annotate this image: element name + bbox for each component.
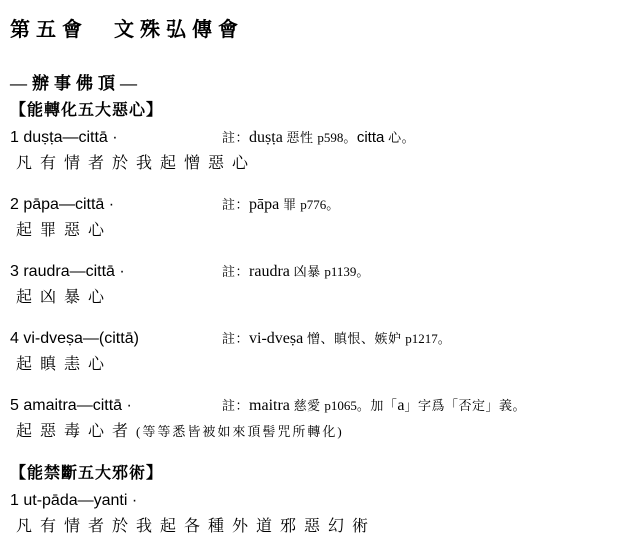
note-letter-a: a [397,397,404,414]
entry-amaitra-citta: 5 amaitra—cittā · 註：maitra 慈愛 p1065。加「a」… [10,394,611,443]
entry-ut-pada-yanti: 1 ut-pāda—yanti · 凡有情者於我起各種外道邪惡幻術 [10,489,611,538]
note-label: 註： [222,331,249,346]
entry-note: 註：pāpa 罪 p776。 [222,193,611,216]
entry-list-section-1: 1 duṣṭa—cittā · 註：duṣṭa 惡性 p598。citta 心。… [10,126,611,443]
note-term: duṣṭa [249,129,283,146]
entry-term-line: 2 pāpa—cittā · 註：pāpa 罪 p776。 [10,193,611,216]
note-separator: 。 [343,130,357,145]
entry-note: 註：maitra 慈愛 p1065。加「a」字爲「否定」義。 [222,394,611,417]
note-term: raudra [249,263,290,280]
note-term: vi-dveṣa [249,330,303,347]
entry-subline: 起惡毒心者(等等悉皆被如來頂髻咒所轉化) [16,420,611,443]
entry-subline-paren: (等等悉皆被如來頂髻咒所轉化) [136,424,344,439]
entry-term: 5 amaitra—cittā · [10,394,222,417]
entry-note: 註：vi-dveṣa 憎、瞋恨、嫉妒 p1217。 [222,327,611,350]
entry-term-line: 4 vi-dveṣa—(cittā) 註：vi-dveṣa 憎、瞋恨、嫉妒 p1… [10,327,611,350]
entry-subline: 凡有情者於我起憎惡心 [16,152,611,175]
entry-papa-citta: 2 pāpa—cittā · 註：pāpa 罪 p776。 起罪惡心 [10,193,611,242]
entry-term: 1 ut-pāda—yanti · [10,489,222,512]
entry-subline: 凡有情者於我起各種外道邪惡幻術 [16,515,611,538]
note-gloss-2: 心。 [384,130,415,145]
note-page-ref: p1217 [405,331,438,346]
document-page: 第五會 文殊弘傳會 —辦事佛頂— 【能轉化五大惡心】 1 duṣṭa—cittā… [0,0,621,538]
note-gloss: 凶暴 [290,264,325,279]
entry-term-line: 1 ut-pāda—yanti · [10,489,611,512]
entry-term-line: 3 raudra—cittā · 註：raudra 凶暴 p1139。 [10,260,611,283]
entry-term-line: 1 duṣṭa—cittā · 註：duṣṭa 惡性 p598。citta 心。 [10,126,611,149]
note-page-ref: p1139 [324,264,356,279]
note-period: 。 [438,331,452,346]
note-term-2: citta [357,129,385,146]
section-heading-forbid-five-sorceries: 【能禁斷五大邪術】 [10,460,611,483]
note-gloss: 憎、瞋恨、嫉妒 [303,331,405,346]
note-gloss: 罪 [279,197,300,212]
note-term: pāpa [249,196,279,213]
note-text-tail: 」字爲「否定」義。 [405,398,527,413]
entry-vi-dvesa-citta: 4 vi-dveṣa—(cittā) 註：vi-dveṣa 憎、瞋恨、嫉妒 p1… [10,327,611,376]
note-term: maitra [249,397,290,414]
entry-subline: 起罪惡心 [16,219,611,242]
note-label: 註： [222,264,249,279]
entry-dusta-citta: 1 duṣṭa—cittā · 註：duṣṭa 惡性 p598。citta 心。… [10,126,611,175]
note-page-ref: p776 [300,197,326,212]
entry-term-line: 5 amaitra—cittā · 註：maitra 慈愛 p1065。加「a」… [10,394,611,417]
note-gloss: 慈愛 [290,398,325,413]
entry-raudra-citta: 3 raudra—cittā · 註：raudra 凶暴 p1139。 起凶暴心 [10,260,611,309]
note-text: 。加「 [357,398,398,413]
entry-note: 註：raudra 凶暴 p1139。 [222,260,611,283]
entry-term: 1 duṣṭa—cittā · [10,126,222,149]
entry-subline: 起瞋恚心 [16,353,611,376]
note-period: 。 [356,264,370,279]
entry-term: 2 pāpa—cittā · [10,193,222,216]
section-subtitle: —辦事佛頂— [10,69,611,94]
entry-subline: 起凶暴心 [16,286,611,309]
entry-term: 3 raudra—cittā · [10,260,222,283]
note-label: 註： [222,130,249,145]
entry-list-section-2: 1 ut-pāda—yanti · 凡有情者於我起各種外道邪惡幻術 [10,489,611,538]
entry-term: 4 vi-dveṣa—(cittā) [10,327,222,350]
note-page-ref: p1065 [324,398,357,413]
note-gloss: 惡性 [283,130,318,145]
note-page-ref: p598 [317,130,343,145]
note-label: 註： [222,398,249,413]
entry-note: 註：duṣṭa 惡性 p598。citta 心。 [222,126,611,149]
entry-subline-main: 起惡毒心者 [16,423,136,440]
section-heading-transform-five-evil-minds: 【能轉化五大惡心】 [10,97,611,120]
document-title: 第五會 文殊弘傳會 [10,13,611,42]
note-label: 註： [222,197,249,212]
note-period: 。 [326,197,340,212]
